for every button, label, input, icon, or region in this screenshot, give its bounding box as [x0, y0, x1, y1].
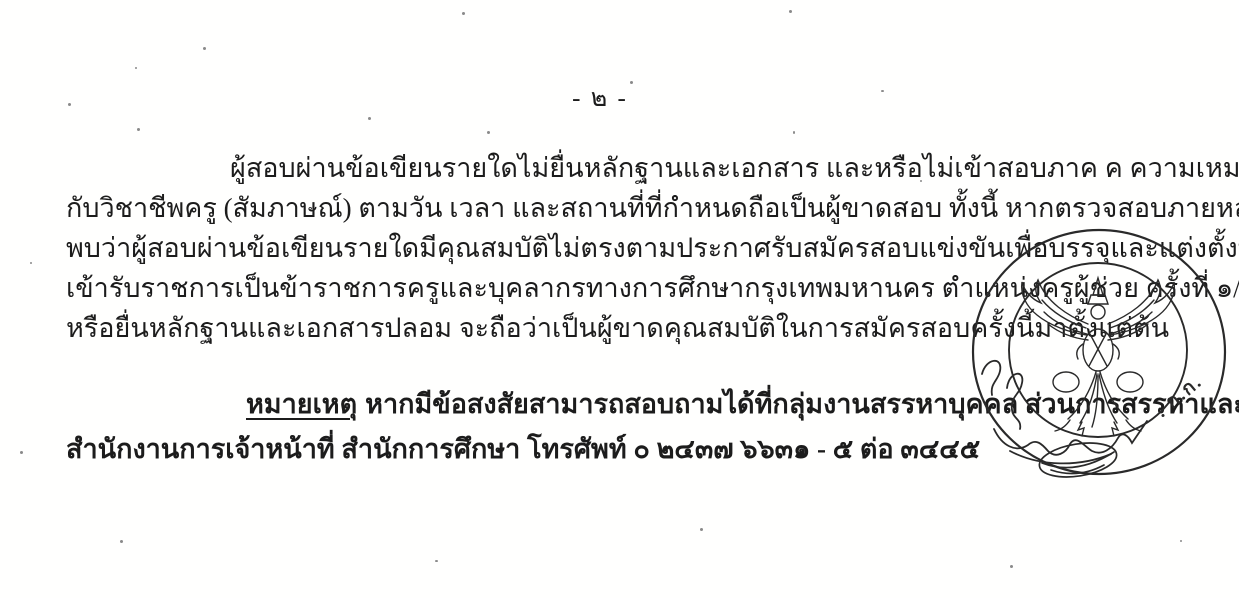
- document-page: { "page": { "number": "- ๒ -" }, "paragr…: [0, 0, 1239, 598]
- note-label: หมายเหตุ: [246, 389, 357, 419]
- signature: [982, 361, 1147, 464]
- signature-ellipse: [1037, 438, 1119, 482]
- official-seal: . ก.ก.: [950, 222, 1239, 517]
- garuda-emblem: [1022, 278, 1175, 436]
- seal-rim-text: . ก.ก.: [1152, 371, 1207, 422]
- paragraph-line: ผู้สอบผ่านข้อเขียนรายใดไม่ยื่นหลักฐานและ…: [66, 148, 1196, 188]
- page-number: - ๒ -: [0, 78, 1200, 118]
